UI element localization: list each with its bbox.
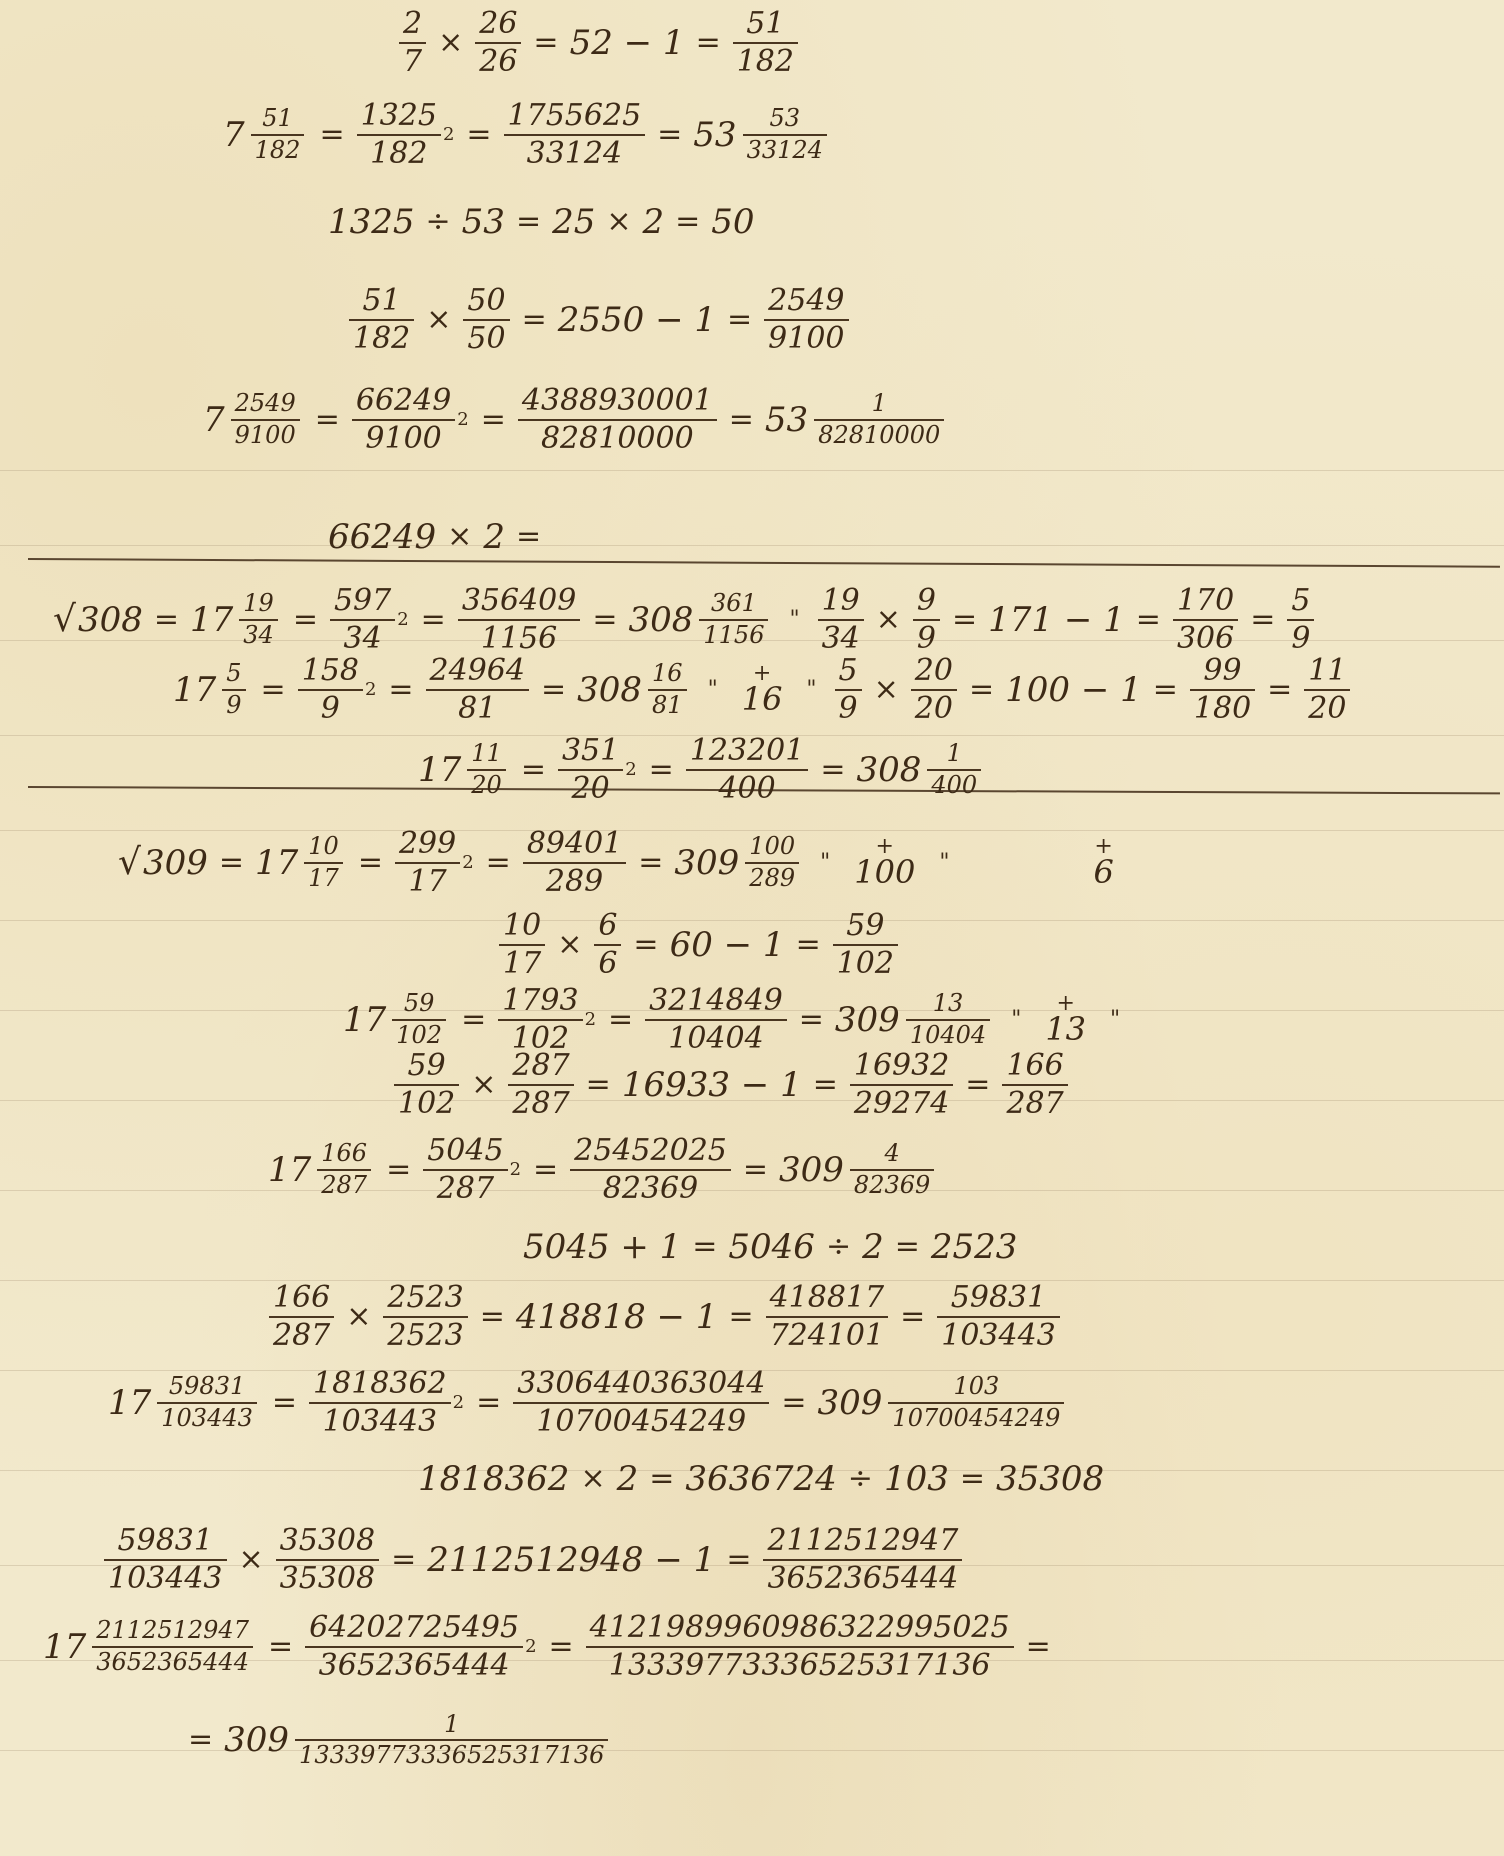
numerator: 59831 bbox=[114, 1525, 217, 1557]
numerator: 351 bbox=[558, 735, 623, 767]
denominator: 3652365444 bbox=[315, 1650, 514, 1682]
numerator: 64202725495 bbox=[305, 1612, 523, 1644]
mixed-number: 171120 bbox=[418, 741, 510, 797]
numerator: 19 bbox=[239, 591, 278, 616]
radical-sign-icon: √ bbox=[53, 599, 76, 640]
manuscript-page: 27×2626=52 − 1=51182751182=13251822=1755… bbox=[0, 0, 1504, 1856]
operator: = bbox=[743, 1155, 768, 1185]
operator: × bbox=[557, 930, 582, 960]
denominator: 50 bbox=[463, 323, 509, 355]
ditto-mark: " bbox=[939, 852, 949, 874]
squared-mark: 2 bbox=[625, 761, 636, 779]
numerator: 1793 bbox=[498, 985, 582, 1017]
operator: = bbox=[1026, 1632, 1051, 1662]
operator: = bbox=[272, 1388, 297, 1418]
denominator: 102 bbox=[392, 1023, 446, 1048]
numerator: 103 bbox=[950, 1374, 1004, 1399]
operator: = bbox=[900, 1302, 925, 1332]
numerator: 299 bbox=[395, 828, 460, 860]
denominator: 10700454249 bbox=[888, 1406, 1064, 1431]
mixed-number: 1759 bbox=[173, 661, 250, 717]
fraction: 66 bbox=[594, 910, 621, 979]
denominator: 9 bbox=[835, 693, 862, 725]
ruled-line bbox=[0, 470, 1504, 471]
operator: = bbox=[592, 605, 617, 635]
mixed-number: 1759102 bbox=[343, 991, 450, 1047]
equation-line: 51182×5050=2550 − 1=25499100 bbox=[345, 285, 853, 354]
radicand: 309 bbox=[143, 843, 208, 883]
fraction: 321484910404 bbox=[645, 985, 787, 1054]
fraction: 1400 bbox=[927, 741, 981, 797]
fraction: 10310700454249 bbox=[888, 1374, 1064, 1430]
integer-part: 308 bbox=[628, 603, 693, 637]
operator: = bbox=[391, 1545, 416, 1575]
fraction: 3611156 bbox=[699, 591, 768, 647]
numerator: 123201 bbox=[686, 735, 809, 767]
operator: ÷ bbox=[426, 207, 451, 237]
fraction: 27 bbox=[399, 8, 426, 77]
operator: = bbox=[1136, 605, 1161, 635]
fraction: 175562533124 bbox=[504, 100, 646, 169]
denominator: 182 bbox=[349, 323, 414, 355]
fraction: 3564091156 bbox=[458, 585, 581, 654]
operator: × bbox=[874, 675, 899, 705]
operator: = bbox=[516, 522, 541, 552]
numerator: 35308 bbox=[276, 1525, 379, 1557]
denominator: 289 bbox=[542, 866, 607, 898]
denominator: 1156 bbox=[699, 623, 768, 648]
operator: × bbox=[426, 305, 451, 335]
operator: = bbox=[315, 405, 340, 435]
numerator: 19 bbox=[818, 585, 864, 617]
numerator: 59 bbox=[842, 910, 888, 942]
operator: = bbox=[952, 605, 977, 635]
operator: = bbox=[728, 1302, 753, 1332]
fraction: 21125129473652365444 bbox=[763, 1525, 962, 1594]
fraction: 5050 bbox=[463, 285, 509, 354]
value: 103 bbox=[884, 1462, 949, 1496]
operator: × bbox=[606, 207, 631, 237]
integer-part: 309 bbox=[779, 1153, 844, 1187]
operator: = bbox=[638, 848, 663, 878]
fraction: 1120 bbox=[467, 741, 506, 797]
ruled-line bbox=[0, 545, 1504, 546]
mixed-number: 309113339773336525317136 bbox=[224, 1712, 612, 1768]
fraction: 99180 bbox=[1190, 655, 1255, 724]
operator: = bbox=[388, 675, 413, 705]
numerator: 2112512947 bbox=[763, 1525, 962, 1557]
fraction: 166287 bbox=[1002, 1050, 1067, 1119]
mixed-number: 17166287 bbox=[268, 1141, 375, 1197]
fraction: 59102 bbox=[394, 1050, 459, 1119]
denominator: 9100 bbox=[231, 423, 300, 448]
equation-line: 17166287=50452872=2545202582369=30948236… bbox=[265, 1135, 941, 1204]
value: 50 bbox=[711, 205, 754, 239]
ditto-mark: " bbox=[708, 679, 718, 701]
fraction: 1681 bbox=[648, 661, 687, 717]
value: 171 − 1 bbox=[988, 603, 1125, 637]
denominator: 26 bbox=[475, 46, 521, 78]
operator: = bbox=[960, 1464, 985, 1494]
numerator: 4 bbox=[880, 1141, 903, 1166]
equation-line: 171120=351202=123201400=3081400 bbox=[415, 735, 988, 804]
denominator: 103443 bbox=[104, 1563, 227, 1595]
value: 2523 bbox=[931, 1230, 1018, 1264]
fraction: 89401289 bbox=[523, 828, 626, 897]
numerator: 3214849 bbox=[645, 985, 787, 1017]
denominator: 33124 bbox=[743, 138, 827, 163]
denominator: 9 bbox=[222, 693, 245, 718]
denominator: 287 bbox=[317, 1173, 371, 1198]
operator: × bbox=[471, 1070, 496, 1100]
mixed-number: 309100289 bbox=[674, 834, 803, 890]
fraction: 25232523 bbox=[383, 1282, 467, 1351]
numerator: 10 bbox=[304, 834, 343, 859]
denominator: 102 bbox=[394, 1088, 459, 1120]
equation-line: 1325÷53=25×2=50 bbox=[325, 205, 758, 239]
fraction: 51182 bbox=[251, 106, 305, 162]
value: 5046 bbox=[728, 1230, 815, 1264]
fraction: 59 bbox=[222, 661, 245, 717]
mixed-number: 1759831103443 bbox=[108, 1374, 261, 1430]
operator: = bbox=[657, 120, 682, 150]
equation-line: 1759831103443=18183621034432=33064403630… bbox=[105, 1368, 1071, 1437]
fraction: 1589 bbox=[298, 655, 363, 724]
numerator: 51 bbox=[742, 8, 788, 40]
operator: = bbox=[541, 675, 566, 705]
numerator: 59 bbox=[404, 1050, 450, 1082]
numerator: 59 bbox=[400, 991, 439, 1016]
plus-annotation: +6 bbox=[1093, 837, 1113, 889]
integer-part: 17 bbox=[108, 1386, 151, 1420]
fraction: 1017 bbox=[304, 834, 343, 890]
value: 2 bbox=[617, 1462, 639, 1496]
numerator: 10 bbox=[499, 910, 545, 942]
value: 1325 bbox=[328, 205, 415, 239]
fraction: 1693229274 bbox=[850, 1050, 953, 1119]
numerator: 166 bbox=[269, 1282, 334, 1314]
equation-line: √308=171934=597342=3564091156=3083611156… bbox=[50, 585, 1318, 654]
fraction: 1934 bbox=[239, 591, 278, 647]
fraction: 1325182 bbox=[357, 100, 441, 169]
value: 35308 bbox=[996, 1462, 1104, 1496]
operator: = bbox=[421, 605, 446, 635]
equation-line: 1017×66=60 − 1=59102 bbox=[495, 910, 902, 979]
denominator: 180 bbox=[1190, 693, 1255, 725]
fraction: 59831103443 bbox=[937, 1282, 1060, 1351]
denominator: 20 bbox=[1304, 693, 1350, 725]
numerator: 170 bbox=[1173, 585, 1238, 617]
squared-mark: 2 bbox=[457, 411, 468, 429]
numerator: 11 bbox=[467, 741, 506, 766]
numerator: 51 bbox=[258, 106, 297, 131]
mixed-number: 3081400 bbox=[856, 741, 985, 797]
equation-line: 1721125129473652365444=64202725495365236… bbox=[40, 1612, 1059, 1681]
plus-annotation: +13 bbox=[1045, 994, 1086, 1046]
fraction: 2496481 bbox=[426, 655, 529, 724]
fraction: 99 bbox=[913, 585, 940, 654]
denominator: 13339773336525317136 bbox=[605, 1650, 995, 1682]
operator: × bbox=[438, 28, 463, 58]
fraction: 170306 bbox=[1173, 585, 1238, 654]
denominator: 3652365444 bbox=[763, 1563, 962, 1595]
integer-part: 309 bbox=[818, 1386, 883, 1420]
value: 66249 bbox=[328, 520, 436, 554]
operator: = bbox=[533, 1155, 558, 1185]
value: 53 bbox=[462, 205, 505, 239]
numerator: 5 bbox=[835, 655, 862, 687]
equation-line: 1759102=17931022=321484910404=3091310404… bbox=[340, 985, 1134, 1054]
equation-line: 59831103443×3530835308=2112512948 − 1=21… bbox=[100, 1525, 966, 1594]
numerator: 59831 bbox=[947, 1282, 1050, 1314]
operator: = bbox=[727, 305, 752, 335]
denominator: 400 bbox=[927, 773, 981, 798]
integer-part: 17 bbox=[190, 603, 233, 637]
integer-part: 17 bbox=[418, 753, 461, 787]
operator: = bbox=[358, 848, 383, 878]
integer-part: 53 bbox=[693, 118, 736, 152]
fraction: 59 bbox=[1287, 585, 1314, 654]
fraction: 100289 bbox=[745, 834, 799, 890]
denominator: 20 bbox=[467, 773, 506, 798]
numerator: 1325 bbox=[357, 100, 441, 132]
operator: × bbox=[447, 522, 472, 552]
annotation-value: 100 bbox=[854, 856, 915, 888]
annotation-value: 16 bbox=[742, 683, 783, 715]
denominator: 9 bbox=[1287, 623, 1314, 655]
numerator: 3306440363044 bbox=[513, 1368, 769, 1400]
numerator: 1818362 bbox=[309, 1368, 451, 1400]
numerator: 1 bbox=[440, 1712, 463, 1737]
denominator: 103443 bbox=[937, 1320, 1060, 1352]
operator: = bbox=[522, 305, 547, 335]
ditto-mark: " bbox=[1011, 1009, 1021, 1031]
equation-line: √309=171017=299172=89401289=309100289"+1… bbox=[115, 828, 1124, 897]
operator: = bbox=[692, 1232, 717, 1262]
equation-line: 5045 + 1=5046÷2=2523 bbox=[520, 1230, 1020, 1264]
operator: = bbox=[1153, 675, 1178, 705]
denominator: 287 bbox=[1002, 1088, 1067, 1120]
denominator: 35308 bbox=[276, 1563, 379, 1595]
squared-mark: 2 bbox=[365, 681, 376, 699]
numerator: 9 bbox=[913, 585, 940, 617]
numerator: 51 bbox=[359, 285, 405, 317]
integer-part: 17 bbox=[173, 673, 216, 707]
squared-mark: 2 bbox=[510, 1161, 521, 1179]
denominator: 17 bbox=[404, 866, 450, 898]
operator: = bbox=[781, 1388, 806, 1418]
equation-line: 66249×2= bbox=[325, 520, 549, 554]
mixed-number: 53182810000 bbox=[765, 391, 948, 447]
squared-mark: 2 bbox=[462, 854, 473, 872]
operator: = bbox=[461, 1005, 486, 1035]
equation-line: 751182=13251822=175562533124=535333124 bbox=[220, 100, 834, 169]
numerator: 4121989960986322995025 bbox=[586, 1612, 1014, 1644]
numerator: 11 bbox=[1304, 655, 1350, 687]
operator: × bbox=[876, 605, 901, 635]
operator: × bbox=[580, 1464, 605, 1494]
operator: = bbox=[386, 1155, 411, 1185]
mixed-number: 171017 bbox=[255, 834, 347, 890]
operator: × bbox=[239, 1545, 264, 1575]
denominator: 7 bbox=[399, 46, 426, 78]
operator: ÷ bbox=[826, 1232, 851, 1262]
integer-part: 17 bbox=[43, 1630, 86, 1664]
operator: ÷ bbox=[848, 1464, 873, 1494]
denominator: 34 bbox=[239, 623, 278, 648]
numerator: 2523 bbox=[383, 1282, 467, 1314]
squared-mark: 2 bbox=[453, 1394, 464, 1412]
operator: = bbox=[261, 675, 286, 705]
ditto-mark: " bbox=[820, 852, 830, 874]
operator: = bbox=[796, 930, 821, 960]
numerator: 418817 bbox=[766, 1282, 889, 1314]
fraction: 51182 bbox=[349, 285, 414, 354]
numerator: 16932 bbox=[850, 1050, 953, 1082]
numerator: 24964 bbox=[426, 655, 529, 687]
value: 25 bbox=[552, 205, 595, 239]
section-divider bbox=[28, 558, 1500, 568]
operator: = bbox=[533, 28, 558, 58]
numerator: 361 bbox=[707, 591, 761, 616]
fraction: 59831103443 bbox=[104, 1525, 227, 1594]
numerator: 2549 bbox=[231, 391, 300, 416]
integer-part: 309 bbox=[224, 1723, 289, 1757]
mixed-number: 725499100 bbox=[203, 391, 304, 447]
operator: = bbox=[480, 1302, 505, 1332]
operator: = bbox=[1267, 675, 1292, 705]
fraction: 25499100 bbox=[764, 285, 848, 354]
integer-part: 308 bbox=[577, 673, 642, 707]
equation-line: 725499100=6624991002=438893000182810000=… bbox=[200, 385, 951, 454]
mixed-number: 535333124 bbox=[693, 106, 831, 162]
ditto-mark: " bbox=[806, 679, 816, 701]
operator: = bbox=[154, 605, 179, 635]
mixed-number: 309482369 bbox=[779, 1141, 938, 1197]
numerator: 99 bbox=[1199, 655, 1245, 687]
fraction: 25499100 bbox=[231, 391, 300, 447]
fraction: 287287 bbox=[508, 1050, 573, 1119]
denominator: 29274 bbox=[850, 1088, 953, 1120]
numerator: 4388930001 bbox=[518, 385, 717, 417]
mixed-number: 3091310404 bbox=[835, 991, 994, 1047]
numerator: 100 bbox=[745, 834, 799, 859]
denominator: 724101 bbox=[766, 1320, 889, 1352]
ditto-mark: " bbox=[789, 609, 799, 631]
operator: = bbox=[729, 405, 754, 435]
denominator: 9100 bbox=[361, 423, 445, 455]
operator: = bbox=[476, 1388, 501, 1418]
operator: = bbox=[965, 1070, 990, 1100]
denominator: 2523 bbox=[383, 1320, 467, 1352]
numerator: 50 bbox=[463, 285, 509, 317]
fraction: 29917 bbox=[395, 828, 460, 897]
operator: = bbox=[799, 1005, 824, 1035]
integer-part: 17 bbox=[268, 1153, 311, 1187]
fraction: 5045287 bbox=[423, 1135, 507, 1204]
denominator: 6 bbox=[594, 948, 621, 980]
operator: = bbox=[649, 755, 674, 785]
denominator: 20 bbox=[911, 693, 957, 725]
operator: = bbox=[466, 120, 491, 150]
numerator: 26 bbox=[475, 8, 521, 40]
denominator: 287 bbox=[269, 1320, 334, 1352]
operator: = bbox=[219, 848, 244, 878]
fraction: 662499100 bbox=[352, 385, 455, 454]
numerator: 1755625 bbox=[504, 100, 646, 132]
squared-mark: 2 bbox=[397, 611, 408, 629]
equation-line: 27×2626=52 − 1=51182 bbox=[395, 8, 802, 77]
fraction: 59 bbox=[835, 655, 862, 724]
operator: = bbox=[649, 1464, 674, 1494]
denominator: 82810000 bbox=[537, 423, 698, 455]
numerator: 597 bbox=[330, 585, 395, 617]
numerator: 1 bbox=[868, 391, 891, 416]
denominator: 182 bbox=[251, 138, 305, 163]
fraction: 438893000182810000 bbox=[518, 385, 717, 454]
ditto-mark: " bbox=[1110, 1009, 1120, 1031]
fraction: 166287 bbox=[269, 1282, 334, 1351]
numerator: 5045 bbox=[423, 1135, 507, 1167]
value: 2550 − 1 bbox=[558, 303, 716, 337]
fraction: 59734 bbox=[330, 585, 395, 654]
mixed-number: 751182 bbox=[223, 106, 308, 162]
denominator: 1156 bbox=[477, 623, 561, 655]
fraction: 1120 bbox=[1304, 655, 1350, 724]
denominator: 287 bbox=[433, 1173, 498, 1205]
radicand: 308 bbox=[78, 600, 143, 640]
numerator: 2549 bbox=[764, 285, 848, 317]
numerator: 5 bbox=[1287, 585, 1314, 617]
fraction: 1310404 bbox=[906, 991, 990, 1047]
fraction: 123201400 bbox=[686, 735, 809, 804]
operator: = bbox=[319, 120, 344, 150]
operator: = bbox=[586, 1070, 611, 1100]
operator: = bbox=[293, 605, 318, 635]
numerator: 89401 bbox=[523, 828, 626, 860]
operator: = bbox=[895, 1232, 920, 1262]
denominator: 82810000 bbox=[814, 423, 944, 448]
value: 60 − 1 bbox=[670, 928, 785, 962]
numerator: 13 bbox=[929, 991, 968, 1016]
fraction: 3530835308 bbox=[276, 1525, 379, 1594]
fraction: 418817724101 bbox=[766, 1282, 889, 1351]
integer-part: 17 bbox=[343, 1003, 386, 1037]
operator: = bbox=[188, 1725, 213, 1755]
operator: = bbox=[481, 405, 506, 435]
denominator: 182 bbox=[366, 138, 431, 170]
equation-line: 59102×287287=16933 − 1=1693229274=166287 bbox=[390, 1050, 1072, 1119]
fraction: 4121989960986322995025133397733365253171… bbox=[586, 1612, 1014, 1681]
fraction: 59831103443 bbox=[157, 1374, 257, 1430]
denominator: 81 bbox=[454, 693, 500, 725]
operator: = bbox=[820, 755, 845, 785]
value: 5045 + 1 bbox=[523, 1230, 681, 1264]
denominator: 287 bbox=[508, 1088, 573, 1120]
operator: = bbox=[608, 1005, 633, 1035]
mixed-number: 1721125129473652365444 bbox=[43, 1618, 257, 1674]
squared-mark: 2 bbox=[525, 1638, 536, 1656]
value: 3636724 bbox=[685, 1462, 836, 1496]
mixed-number: 171934 bbox=[190, 591, 282, 647]
value: 2 bbox=[642, 205, 664, 239]
operator: = bbox=[696, 28, 721, 58]
denominator: 103443 bbox=[319, 1406, 442, 1438]
plus-annotation: +16 bbox=[742, 664, 783, 716]
radical-sign-icon: √ bbox=[118, 842, 141, 883]
operator: = bbox=[268, 1632, 293, 1662]
numerator: 66249 bbox=[352, 385, 455, 417]
